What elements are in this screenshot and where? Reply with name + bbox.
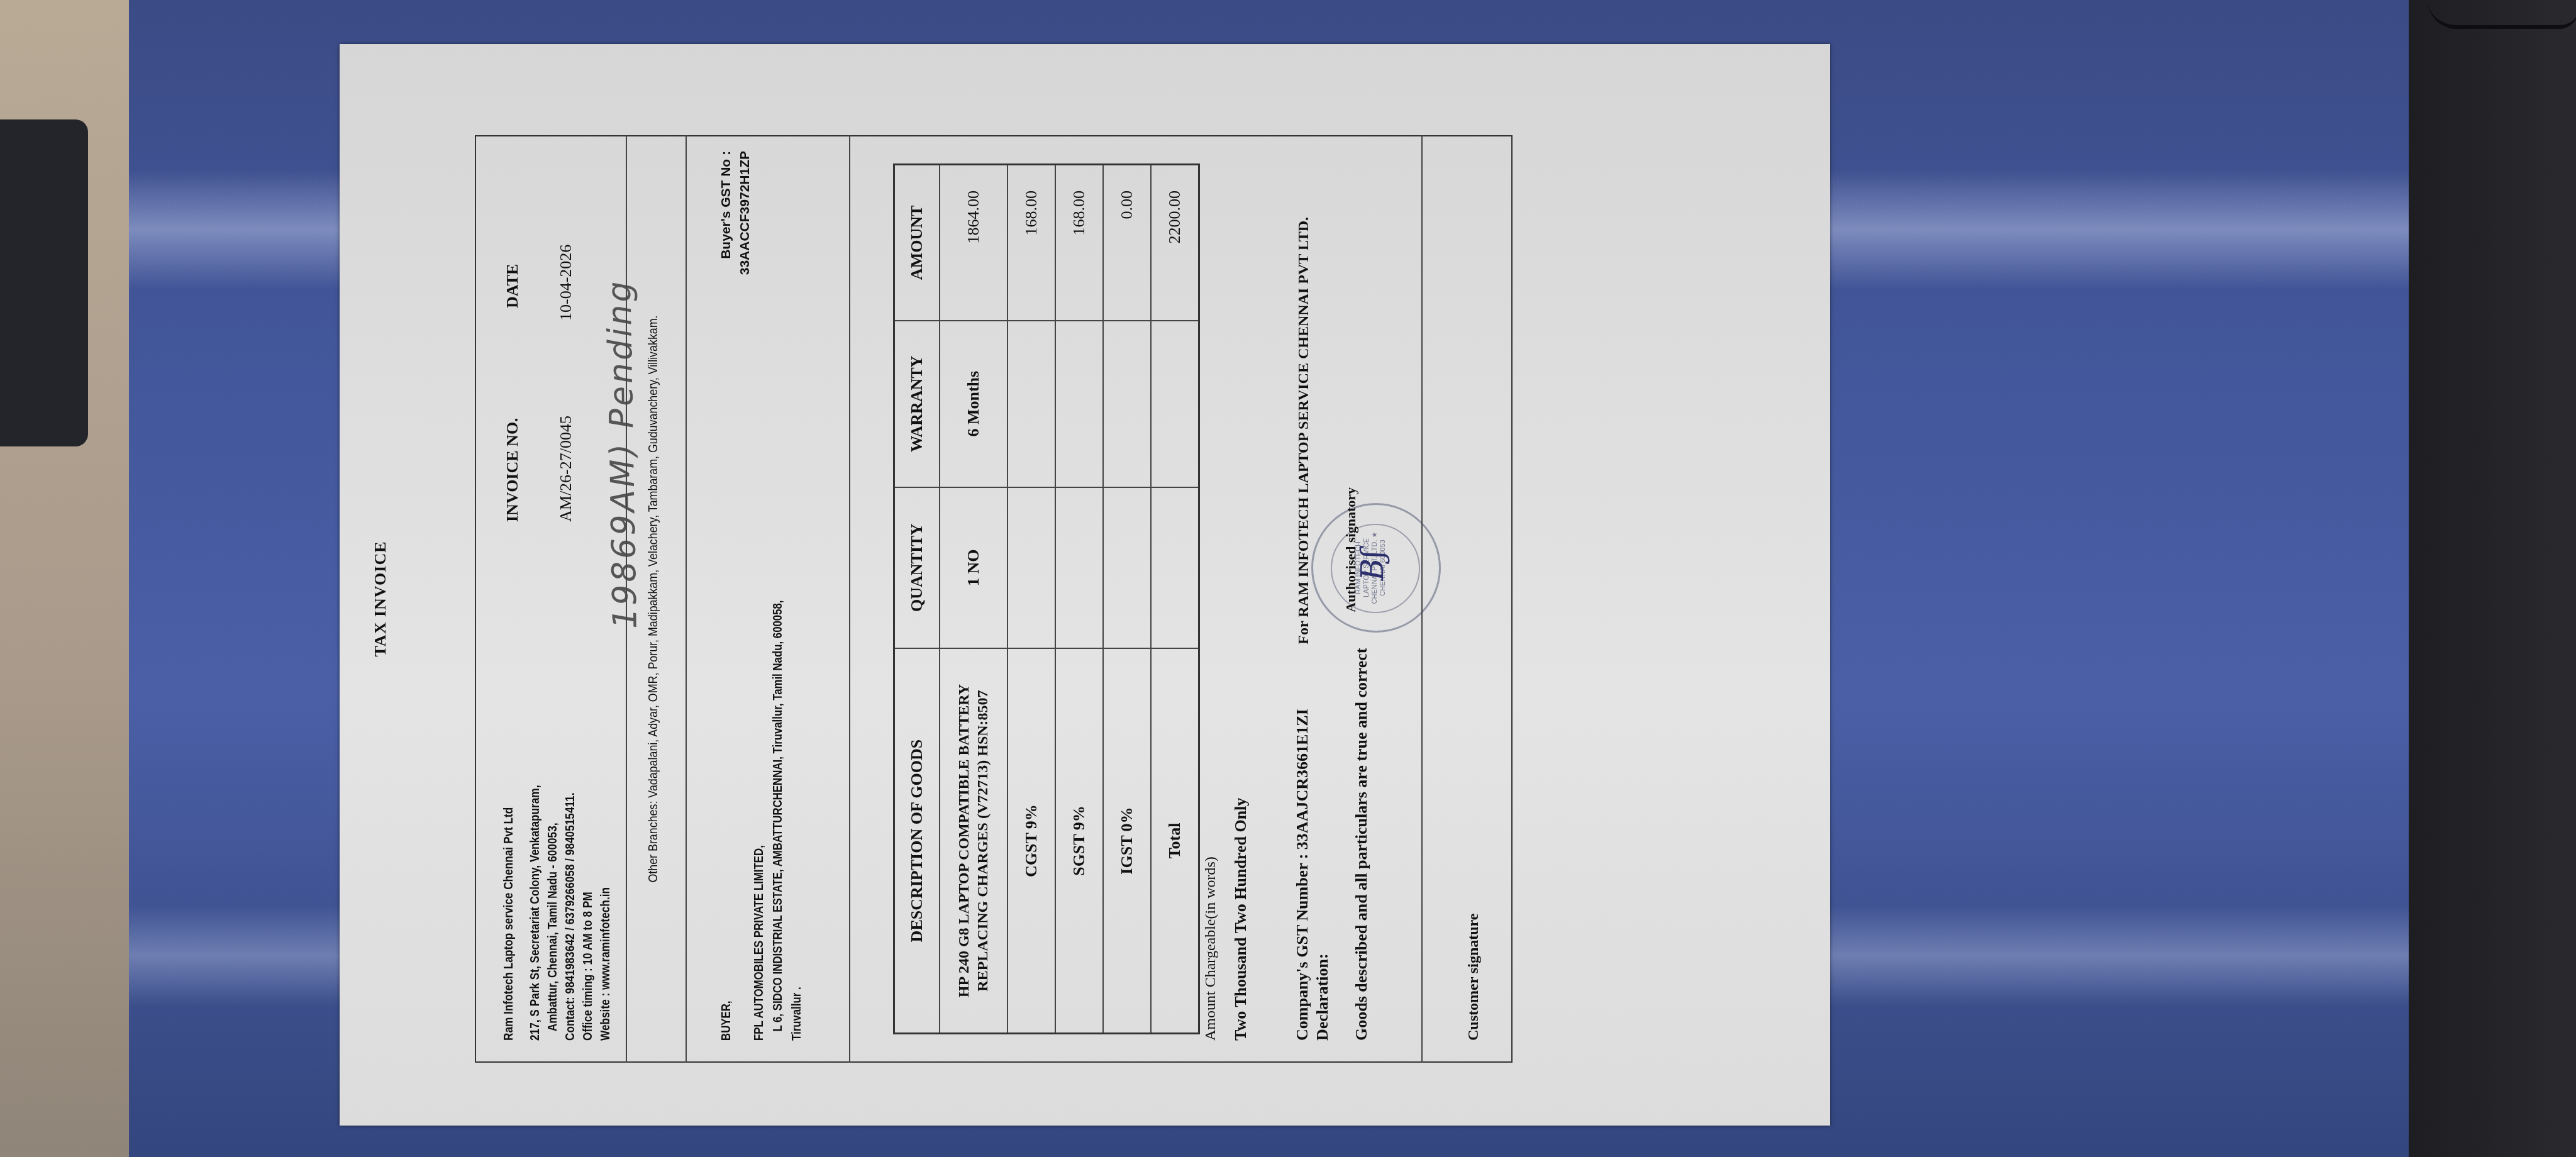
- cell-amount: 168.00: [1055, 165, 1103, 321]
- cell-quantity: 1 NO: [940, 487, 1008, 649]
- seller-website: Website : www.raminfotech.in: [597, 773, 614, 1041]
- cell-description: Total: [1151, 648, 1199, 1033]
- authorised-signatory-label: Authorised signatory: [1343, 487, 1359, 612]
- table-row: IGST 0%0.00: [1103, 165, 1151, 1034]
- background-fringe: [0, 119, 88, 446]
- buyer-gst-number: 33AACCF3972H1ZP: [736, 151, 755, 275]
- cell-amount: 1864.00: [940, 165, 1008, 321]
- column-header-warranty: WARRANTY: [894, 321, 940, 487]
- cell-amount: 168.00: [1008, 165, 1055, 321]
- cell-warranty: 6 Months: [940, 321, 1008, 487]
- items-table: DESCRIPTION OF GOODS QUANTITY WARRANTY A…: [893, 163, 1200, 1034]
- divider: [686, 135, 687, 1063]
- declaration-label: Declaration:: [1313, 709, 1333, 1041]
- cell-quantity: [1103, 487, 1151, 649]
- cell-warranty: [1103, 321, 1151, 487]
- seller-block: Ram Infotech Laptop service Chennai Pvt …: [500, 773, 614, 1041]
- cell-warranty: [1055, 321, 1103, 487]
- invoice-paper: TAX INVOICE Ram Infotech Laptop service …: [340, 44, 1830, 1126]
- cell-warranty: [1008, 321, 1055, 487]
- divider: [626, 135, 627, 1063]
- cable: [2428, 0, 2576, 29]
- cell-description: SGST 9%: [1055, 648, 1103, 1033]
- invoice-date: 10-04-2026: [557, 245, 575, 321]
- invoice-number-block: INVOICE NO. AM/26-27/0045: [503, 416, 575, 522]
- buyer-label: BUYER,: [717, 336, 736, 1041]
- date-label: DATE: [503, 245, 522, 321]
- cell-description: CGST 9%: [1008, 648, 1055, 1033]
- background-dark-fabric: [2409, 0, 2576, 1157]
- buyer-block: BUYER, FPL AUTOMOBILES PRIVATE LIMITED, …: [717, 336, 806, 1041]
- table-row: HP 240 G8 LAPTOP COMPATIBLE BATTERY REPL…: [940, 165, 1008, 1034]
- buyer-address-city: Tiruvallur .: [787, 336, 806, 1041]
- table-row: SGST 9%168.00: [1055, 165, 1103, 1034]
- cell-description: IGST 0%: [1103, 648, 1151, 1033]
- authorised-signature-mark: Bʃ: [1355, 550, 1391, 580]
- amount-in-words: Two Thousand Two Hundred Only: [1228, 798, 1253, 1041]
- date-block: DATE 10-04-2026: [503, 245, 575, 321]
- handwritten-note: 19869AM) Pending: [601, 279, 645, 629]
- divider: [849, 135, 850, 1063]
- buyer-gst-label: Buyer's GST No :: [717, 151, 736, 275]
- cell-amount: 2200.00: [1151, 165, 1199, 321]
- company-gst-number: Company's GST Number : 33AAJCR3661E1ZI: [1292, 709, 1313, 1041]
- customer-signature-label: Customer signature: [1465, 914, 1482, 1041]
- cell-quantity: [1055, 487, 1103, 649]
- amount-words-block: Amount Chargeable(in words) Two Thousand…: [1198, 798, 1253, 1041]
- invoice-title: TAX INVOICE: [371, 135, 390, 1063]
- amount-words-label: Amount Chargeable(in words): [1198, 798, 1223, 1041]
- company-gst-block: Company's GST Number : 33AAJCR3661E1ZI D…: [1292, 709, 1333, 1041]
- for-company: For RAM INFOTECH LAPTOP SERVICE CHENNAI …: [1296, 217, 1313, 645]
- buyer-name: FPL AUTOMOBILES PRIVATE LIMITED,: [750, 336, 769, 1041]
- table-row: Total2200.00: [1151, 165, 1199, 1034]
- seller-address-line: 217, S Park St, Secretariat Colony, Venk…: [526, 773, 544, 1041]
- declaration-text: Goods described and all particulars are …: [1352, 648, 1371, 1041]
- column-header-amount: AMOUNT: [894, 165, 940, 321]
- other-branches: Other Branches: Vadapalani, Adyar, OMR, …: [646, 205, 661, 994]
- cell-quantity: [1008, 487, 1055, 649]
- cell-amount: 0.00: [1103, 165, 1151, 321]
- buyer-gst-block: Buyer's GST No : 33AACCF3972H1ZP: [717, 151, 755, 275]
- seller-name: Ram Infotech Laptop service Chennai Pvt …: [500, 773, 518, 1041]
- column-header-description: DESCRIPTION OF GOODS: [894, 648, 940, 1033]
- cell-description: HP 240 G8 LAPTOP COMPATIBLE BATTERY REPL…: [940, 648, 1008, 1033]
- buyer-address: L 6, SIDCO INDISTRIAL ESTATE, AMBATTURCH…: [769, 336, 787, 1041]
- invoice-number-label: INVOICE NO.: [503, 416, 522, 522]
- column-header-quantity: QUANTITY: [894, 487, 940, 649]
- table-row: CGST 9%168.00: [1008, 165, 1055, 1034]
- seller-office-timing: Office timing : 10 AM to 8 PM: [579, 773, 597, 1041]
- seller-address-line: Ambattur, Chennai, Tamil Nadu - 600053,: [544, 773, 562, 1041]
- cell-quantity: [1151, 487, 1199, 649]
- divider: [1421, 135, 1423, 1063]
- seller-contact: Contact: 9841983642 / 6379266058 / 98405…: [562, 773, 579, 1041]
- cell-warranty: [1151, 321, 1199, 487]
- invoice-sheet: TAX INVOICE Ram Infotech Laptop service …: [475, 135, 1513, 1063]
- invoice-number: AM/26-27/0045: [557, 416, 575, 522]
